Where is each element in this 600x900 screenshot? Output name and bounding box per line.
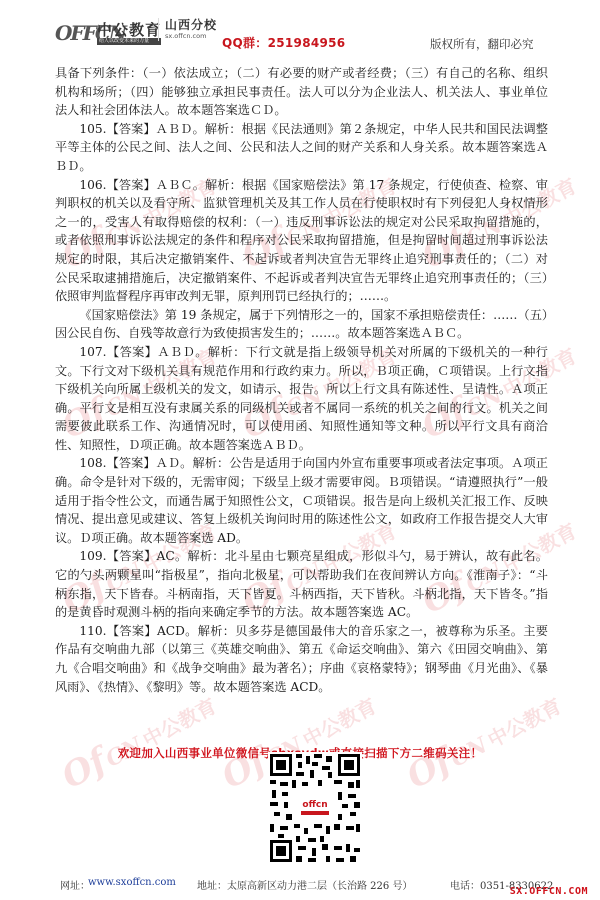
address: 地址：太原高新区动力港二层（长治路 226 号） (197, 877, 412, 892)
branch-url: sx.offcn.com (165, 32, 217, 41)
svg-text:offcn: offcn (302, 800, 327, 810)
corner-brand-watermark: SX.OFFCN.COM (510, 886, 588, 897)
qq-group: QQ群：251984956 (222, 34, 345, 51)
offcn-logo-mark-icon: OFFCN (55, 21, 97, 45)
answer-explanations: 具备下列条件：（一）依法成立；（二）有必要的财产或者经费；（三）有自己的名称、组… (55, 64, 548, 696)
page-header: OFFCN 中公教育 给人以改变未来的力量 山西分校 sx.offcn.com … (0, 0, 600, 60)
paragraph-107: 107.【答案】ＡＢＤ。解析：下行文就是指上级领导机关对所属的下级机关的一种行文… (55, 343, 548, 455)
paragraph-106-supplement: 《国家赔偿法》第 19 条规定，属于下列情形之一的，国家不承担赔偿责任：……（五… (55, 306, 548, 343)
watermark-zh: 中公教育 (299, 694, 381, 753)
paragraph-108: 108.【答案】ＡＤ。解析：公告是适用于向国内外宣布重要事项或者法定事项。Ａ项正… (55, 454, 548, 547)
website-label: 网址： (60, 877, 90, 892)
watermark-logo: OfCN中公教育 (55, 683, 222, 797)
logo-text: 中公教育 给人以改变未来的力量 (97, 22, 161, 45)
paragraph-106: 106.【答案】ＡＢＣ。解析：根据《国家赔偿法》第 17 条规定，行使侦查、检察… (55, 176, 548, 306)
watermark-zh: 中公教育 (484, 694, 566, 753)
logo-slogan: 给人以改变未来的力量 (97, 38, 161, 45)
qr-code-icon: offcn (268, 752, 362, 864)
paragraph-105: 105.【答案】ＡＢＤ。解析：根据《民法通则》第２条规定，中华人民共和国民法调整… (55, 120, 548, 176)
paragraph-104-continued: 具备下列条件：（一）依法成立；（二）有必要的财产或者经费；（三）有自己的名称、组… (55, 64, 548, 120)
logo-name: 中公教育 (97, 22, 161, 38)
paragraph-109: 109.【答案】AC。解析：北斗星由七颗亮星组成，形似斗勺，易于辨认，故有此名。… (55, 547, 548, 621)
website-link[interactable]: www.sxoffcn.com (88, 877, 176, 888)
copyright-notice: 版权所有，翻印必究 (430, 36, 534, 52)
watermark-zh: 中公教育 (139, 694, 221, 753)
wechat-qr-code[interactable]: offcn (268, 752, 362, 864)
paragraph-110: 110.【答案】ACD。解析：贝多芬是德国最伟大的音乐家之一，被尊称为乐圣。主要… (55, 622, 548, 696)
branch-name: 山西分校 (165, 18, 217, 32)
watermark-logo: OfCN中公教育 (400, 683, 567, 797)
branch-label: 山西分校 sx.offcn.com (158, 18, 217, 41)
